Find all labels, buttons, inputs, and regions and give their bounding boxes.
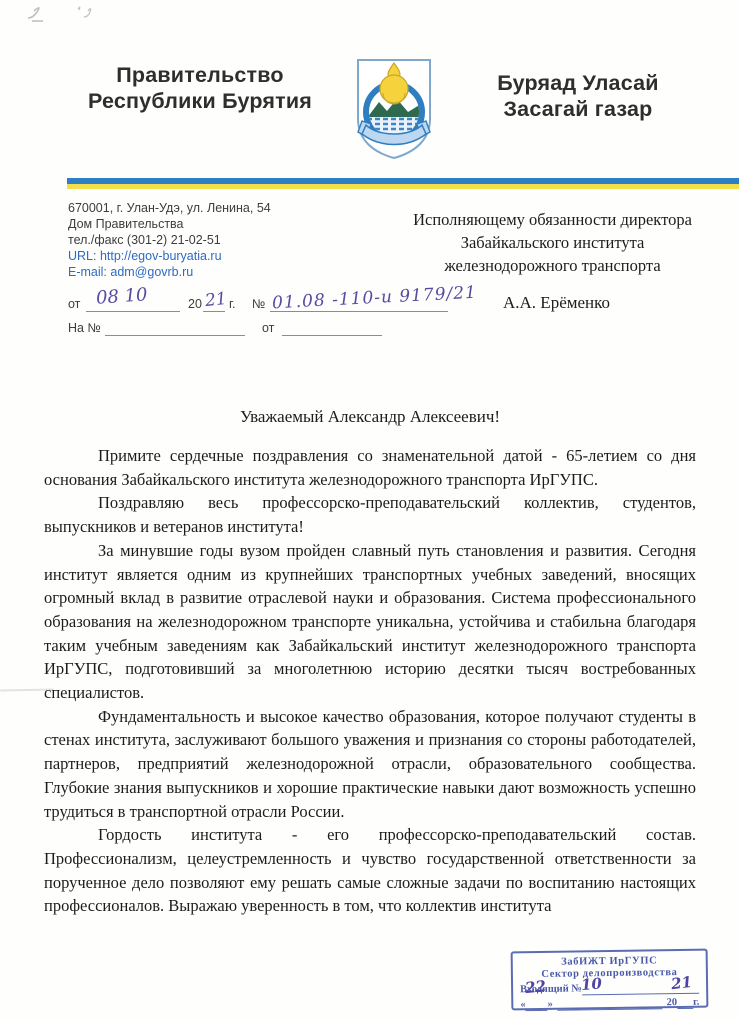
pen-scribble-icon [26, 3, 116, 33]
ref-on-number-label: На № [68, 321, 101, 335]
stamp-year-suffix: г. [693, 997, 699, 1009]
ref-number-label: № [252, 297, 265, 311]
stamp-month-line [557, 997, 663, 1010]
sender-url: URL: http://egov-buryatia.ru [68, 248, 328, 264]
org-title-russian-line1: Правительство [72, 62, 328, 88]
letter-paragraph: За минувшие годы вузом пройден славный п… [44, 539, 696, 705]
org-title-russian-line2: Республики Бурятия [72, 88, 328, 114]
letter-paragraph: Фундаментальность и высокое качество обр… [44, 705, 696, 824]
ref-year-handwritten: 21 [204, 289, 228, 311]
sender-building: Дом Правительства [68, 216, 328, 232]
recipient-line1: Исполняющему обязанности директора [380, 208, 725, 231]
ref-year-prefix: 20 [188, 297, 202, 311]
ref-number-handwritten: 01.08 -110-и 9179/21 [272, 283, 478, 314]
scanned-letter-page: Правительство Республики Бурятия Буряад … [0, 0, 739, 1018]
org-title-russian: Правительство Республики Бурятия [72, 62, 328, 114]
letter-paragraph: Поздравляю весь профессорско-преподавате… [44, 491, 696, 538]
sender-postal-address: 670001, г. Улан-Удэ, ул. Ленина, 54 [68, 200, 328, 216]
org-title-buryat-line2: Засагай газар [462, 96, 694, 122]
recipient-block: Исполняющему обязанности директора Забай… [380, 208, 725, 277]
sender-phone: тел./факс (301-2) 21-02-51 [68, 232, 328, 248]
buryatia-coat-of-arms-icon [352, 54, 436, 164]
stamp-day-handwritten: 22 [525, 980, 547, 994]
stamp-day-line [526, 999, 548, 1011]
stamp-month-handwritten: 10 [581, 977, 603, 991]
stamp-year-handwritten: 21 [670, 976, 692, 990]
ref-from-label: от [68, 297, 80, 311]
letter-paragraph: Примите сердечные поздравления со знамен… [44, 444, 696, 491]
stamp-year-line [677, 997, 693, 1009]
letter-paragraph: Гордость института - его профессорско-пр… [44, 823, 696, 918]
letterhead-stripe [67, 178, 739, 189]
org-title-buryat-line1: Буряад Уласай [462, 70, 694, 96]
recipient-line3: железнодорожного транспорта [380, 254, 725, 277]
ref-on-from-line [282, 334, 382, 336]
ref-date-line [86, 310, 180, 312]
sender-email: E-mail: adm@govrb.ru [68, 264, 328, 280]
recipient-line2: Забайкальского института [380, 231, 725, 254]
ref-date-handwritten: 08 10 [95, 284, 148, 309]
sender-address-block: 670001, г. Улан-Удэ, ул. Ленина, 54 Дом … [68, 200, 328, 280]
incoming-registration-stamp: ЗабИЖТ ИрГУПС Сектор делопроизводства Вх… [511, 949, 709, 1011]
org-title-buryat: Буряад Уласай Засагай газар [462, 70, 694, 122]
stripe-yellow-band [67, 184, 739, 189]
recipient-name: А.А. Ерёменко [503, 293, 610, 313]
stamp-quote-close: » [548, 999, 553, 1011]
ref-on-number-line [105, 334, 245, 336]
ref-on-from-label: от [262, 321, 274, 335]
stamp-year-prefix: 20 [667, 997, 678, 1009]
salutation: Уважаемый Александр Алексеевич! [44, 407, 696, 427]
ref-year-suffix: г. [229, 297, 236, 311]
letter-body: Примите сердечные поздравления со знамен… [44, 444, 696, 918]
